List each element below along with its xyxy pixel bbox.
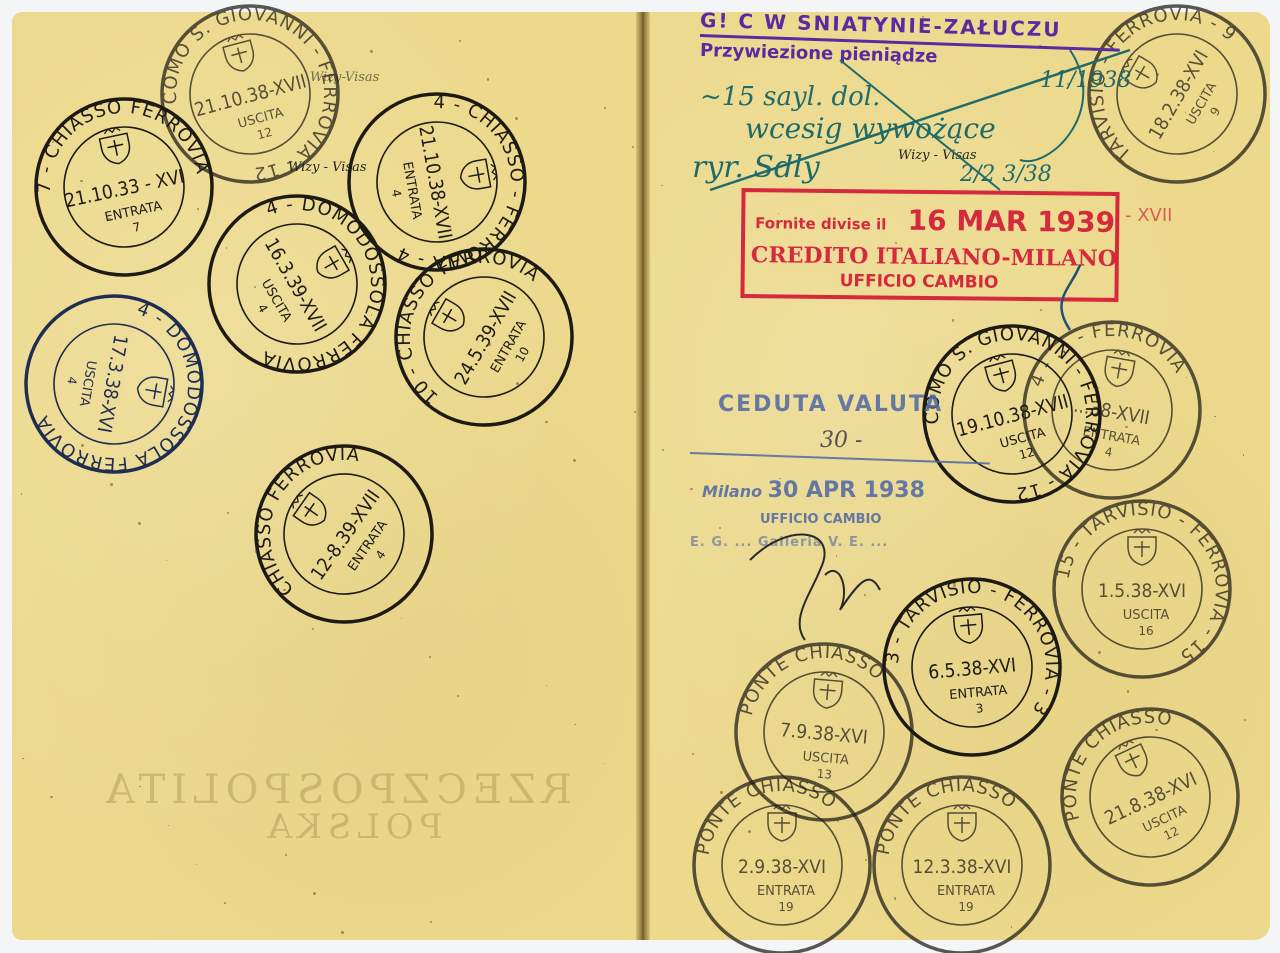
- paper-speck: [138, 522, 141, 525]
- paper-speck: [343, 276, 344, 277]
- coat-of-arms-icon: [458, 158, 498, 192]
- svg-text:6.5.38-XVI: 6.5.38-XVI: [927, 654, 1017, 684]
- embossed-watermark: RZECZPOSPOLITA POLSKA: [132, 767, 572, 847]
- paper-speck: [864, 594, 866, 596]
- watermark-line2: POLSKA: [132, 807, 572, 847]
- svg-text:ENTRATA: ENTRATA: [949, 683, 1008, 703]
- paper-speck: [719, 527, 721, 529]
- paper-speck: [1098, 651, 1100, 653]
- paper-speck: [953, 584, 956, 587]
- postmark-stamp: 4 - ... - FERROVIA...38-XVIIENTRATA4: [1005, 303, 1218, 516]
- blue-stamp-title: CEDUTA VALUTA: [718, 392, 943, 417]
- paper-speck: [81, 444, 84, 447]
- svg-text:17.3.38-XVI: 17.3.38-XVI: [93, 333, 132, 434]
- paper-speck: [516, 382, 519, 385]
- red-stamp-date: 16 MAR 1939: [907, 204, 1115, 239]
- paper-speck: [750, 175, 751, 176]
- svg-text:ENTRATA: ENTRATA: [757, 884, 815, 899]
- paper-speck: [1069, 348, 1071, 350]
- paper-speck: [1214, 416, 1215, 417]
- paper-speck: [227, 512, 229, 514]
- paper-speck: [1128, 35, 1131, 38]
- binding-gutter: [636, 12, 650, 940]
- paper-speck: [634, 411, 636, 413]
- paper-speck: [1127, 690, 1130, 693]
- paper-speck: [515, 117, 517, 119]
- coat-of-arms-icon: [1102, 348, 1136, 388]
- svg-text:4: 4: [255, 302, 271, 316]
- coat-of-arms-icon: [768, 805, 796, 841]
- signature-scribble: [730, 500, 930, 650]
- coat-of-arms-icon: [812, 671, 843, 709]
- paper-speck: [603, 763, 604, 764]
- svg-text:9: 9: [1207, 105, 1223, 119]
- paper-speck: [50, 796, 52, 798]
- svg-text:2.9.38-XVI: 2.9.38-XVI: [738, 856, 826, 878]
- svg-text:USCITA: USCITA: [1123, 608, 1170, 623]
- red-stamp-suffix: - XVII: [1125, 205, 1172, 226]
- red-stamp-row1: Fornite divise il 16 MAR 1939: [755, 202, 1115, 239]
- svg-text:12: 12: [256, 125, 274, 142]
- paper-speck: [632, 146, 634, 148]
- svg-text:USCITA: USCITA: [76, 359, 99, 408]
- svg-text:16: 16: [1138, 624, 1153, 638]
- cross-out-strokes: [690, 40, 1150, 210]
- svg-text:4: 4: [389, 188, 404, 198]
- coat-of-arms-icon: [135, 374, 175, 408]
- paper-speck: [923, 281, 926, 284]
- svg-text:7.9.38-XVI: 7.9.38-XVI: [779, 719, 869, 749]
- paper-speck: [604, 107, 606, 109]
- postmark-stamp: 4 - DOMODOSSOLA FERROVIA17.3.38-XVIUSCIT…: [7, 277, 220, 490]
- paper-speck: [690, 488, 692, 490]
- coat-of-arms-icon: [287, 488, 333, 532]
- coat-of-arms-icon: [311, 242, 356, 284]
- paper-speck: [459, 40, 461, 42]
- svg-text:7: 7: [131, 220, 141, 235]
- red-stamp-office: UFFICIO CAMBIO: [840, 271, 999, 293]
- paper-speck: [545, 421, 548, 424]
- postmark-stamp: PONTE CHIASSO12.3.38-XVIENTRATA19: [870, 773, 1054, 953]
- paper-speck: [720, 791, 723, 794]
- coat-of-arms-icon: [953, 606, 984, 644]
- svg-text:PONTE CHIASSO: PONTE CHIASSO: [693, 775, 841, 857]
- svg-text:1.5.38-XVI: 1.5.38-XVI: [1098, 580, 1186, 602]
- paper-speck: [108, 218, 111, 221]
- blue-stamp-amount: 30 -: [820, 428, 862, 453]
- paper-speck: [1125, 426, 1127, 428]
- paper-speck: [894, 897, 896, 899]
- svg-text:4: 4: [1104, 444, 1114, 459]
- paper-speck: [807, 517, 809, 519]
- paper-speck: [110, 483, 113, 486]
- svg-text:19: 19: [958, 900, 973, 914]
- svg-text:ENTRATA: ENTRATA: [937, 884, 995, 899]
- postmark-stamp: 15 - TARVISIO - FERROVIA - 151.5.38-XVIU…: [1050, 497, 1234, 681]
- paper-speck: [574, 724, 575, 725]
- blue-stamp-city: Milano: [702, 482, 762, 501]
- paper-speck: [399, 353, 400, 354]
- paper-speck: [313, 892, 316, 895]
- svg-text:19: 19: [778, 900, 793, 914]
- paper-speck: [777, 869, 780, 872]
- paper-speck: [692, 753, 695, 756]
- red-stamp-prefix: Fornite divise il: [755, 214, 886, 233]
- paper-speck: [487, 78, 489, 80]
- svg-text:12.3.38-XVI: 12.3.38-XVI: [913, 856, 1012, 878]
- svg-text:PONTE CHIASSO: PONTE CHIASSO: [873, 775, 1021, 857]
- svg-text:4: 4: [373, 548, 389, 562]
- paper-speck: [983, 887, 984, 888]
- paper-speck: [488, 343, 491, 346]
- svg-text:4: 4: [64, 376, 79, 386]
- svg-text:3: 3: [975, 701, 984, 716]
- paper-speck: [837, 820, 839, 822]
- coat-of-arms-icon: [1112, 737, 1153, 781]
- postmark-stamp: PONTE CHIASSO2.9.38-XVIENTRATA19: [690, 773, 874, 953]
- paper-speck: [1244, 719, 1246, 721]
- paper-speck: [748, 830, 751, 833]
- blue-pen-hook: [1040, 260, 1100, 340]
- paper-speck: [80, 180, 82, 182]
- paper-speck: [1010, 661, 1011, 662]
- coat-of-arms-icon: [1128, 529, 1156, 565]
- coat-of-arms-icon: [948, 805, 976, 841]
- paper-speck: [370, 50, 373, 53]
- paper-speck: [197, 208, 199, 210]
- paper-speck: [224, 902, 226, 904]
- svg-text:USCITA: USCITA: [802, 749, 850, 768]
- coat-of-arms-icon: [425, 295, 470, 337]
- paper-speck: [254, 286, 256, 288]
